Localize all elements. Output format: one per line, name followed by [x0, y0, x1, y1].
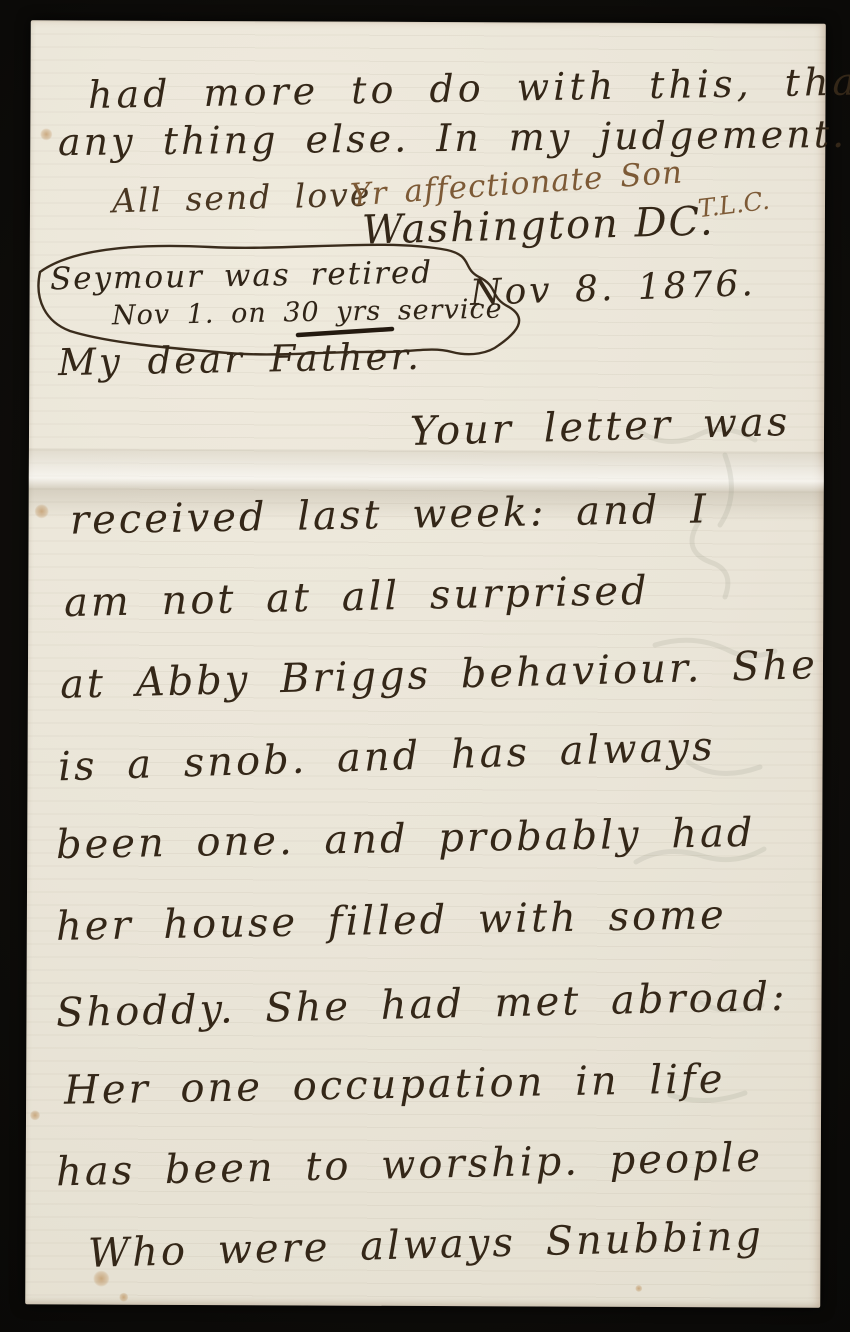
handwritten-line: any thing else. In my judgement. [58, 112, 848, 164]
valediction: All send love [112, 175, 372, 221]
stain-spot [119, 1293, 128, 1302]
stain-spot [40, 128, 52, 140]
marginal-note-line: Seymour was retired [50, 255, 434, 298]
heading-place: Washington DC. [361, 198, 715, 253]
stain-spot [35, 504, 49, 518]
stain-spot [635, 1285, 642, 1292]
salutation: My dear Father. [58, 335, 423, 384]
photo-backdrop: had more to do with this, than any thing… [0, 0, 850, 1332]
stain-spot [30, 1110, 40, 1120]
